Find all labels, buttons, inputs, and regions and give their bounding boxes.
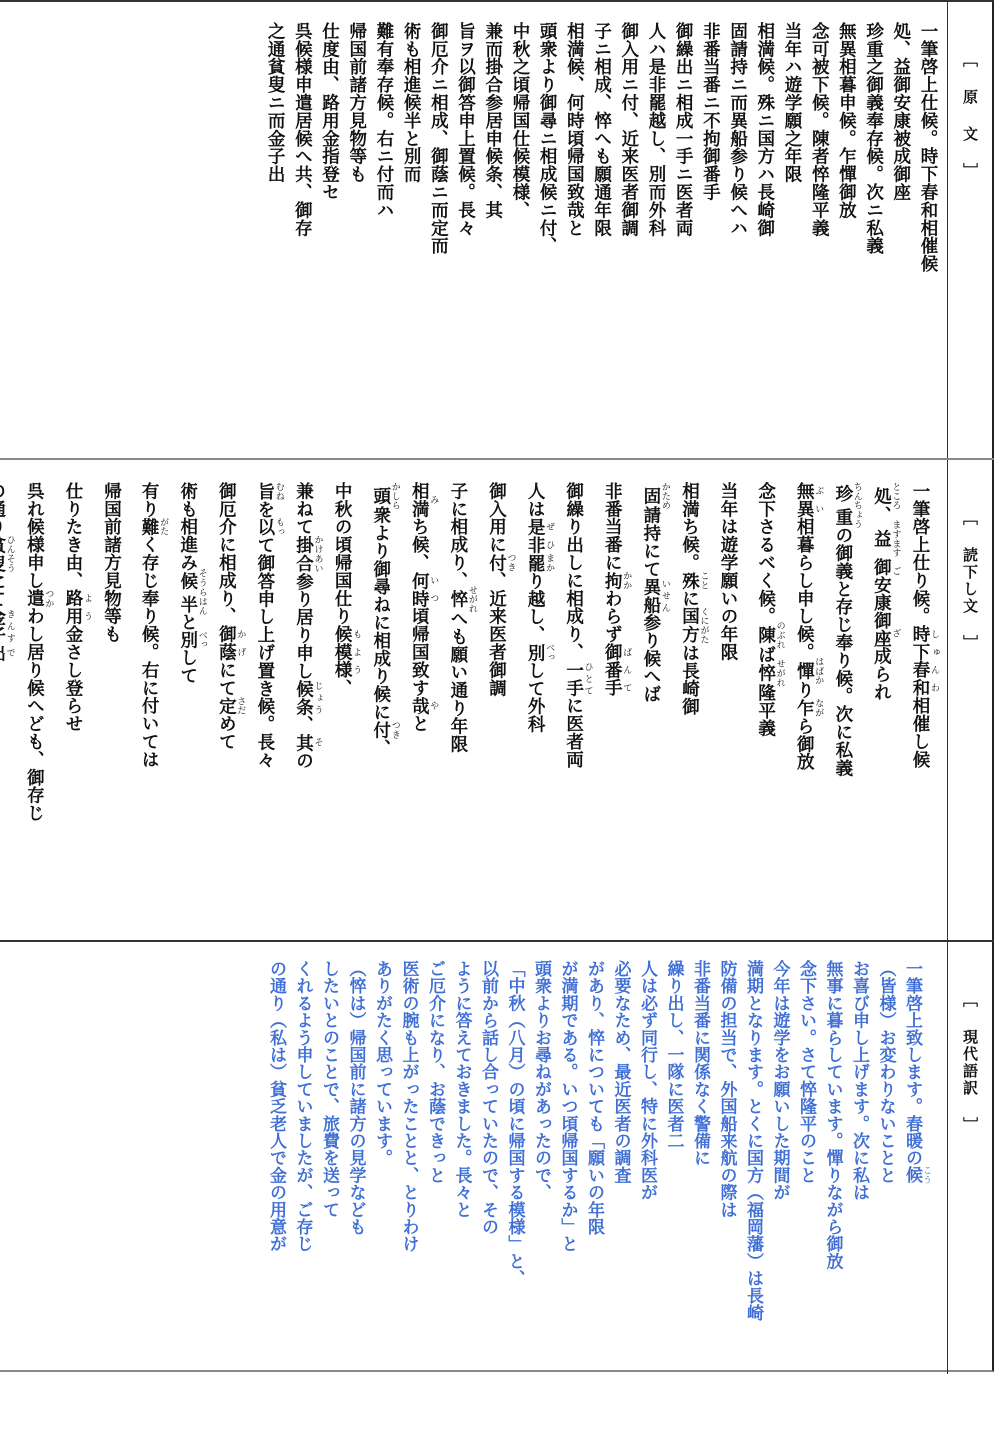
text-line: 満期となります。とくに国方（福岡藩）は長崎 (740, 960, 767, 1392)
text-line: 子に相成り、悴せがれへも願い通り年限 (438, 482, 477, 962)
text-line: 有り難がたく存じ奉り候。右に付いては (130, 482, 169, 962)
text-line: 旨ヲ以御答申上置候。長々 (451, 22, 478, 478)
text-line: 必要なため、最近医者の調査 (607, 960, 634, 1392)
text-line: 一筆啓上仕候。時下春和相催候 (914, 22, 941, 478)
text-line: 中秋の頃帰国仕り候模様もよう、 (323, 482, 362, 962)
text-line: 一筆啓上仕り候。時下春和しゅんわ相催し候 (900, 482, 939, 962)
section-header: ［ 現代語訳 ］ (961, 992, 981, 1134)
text-line: 御繰り出しに相成り、一手ひとてに医者両 (554, 482, 593, 962)
section-header-cell: ［ 読下し文 ］ (947, 460, 994, 940)
text-line: 医術の腕も上がったことと、とりわけ (395, 960, 422, 1392)
text-line: ありがたく思っています。 (369, 960, 396, 1392)
text-line: 人は必ず同行し、特に外科医が (634, 960, 661, 1392)
text-line: 処ところ、益ますます御安康御座ござ成られ (862, 482, 901, 962)
text-line: 御入用に付つき、近来医者御調 (477, 482, 516, 962)
text-line: 頭衆よりお尋ねがあったので、 (528, 960, 555, 1392)
text-line: 呉候様申遣居候へ共、御存 (288, 22, 315, 478)
text-column: 一筆啓上仕り候。時下春和しゅんわ相催し候処ところ、益ますます御安康御座ござ成られ… (0, 482, 939, 962)
section-body: 一筆啓上仕り候。時下春和しゅんわ相催し候処ところ、益ますます御安康御座ござ成られ… (0, 460, 947, 940)
text-line: 以前から話し合っていたので、その (475, 960, 502, 1392)
text-line: 今年は遊学をお願いした期間が (766, 960, 793, 1392)
section-header: ［ 原 文 ］ (961, 52, 981, 180)
text-line: 無異ぶい相暮らし申し候。憚はばかり乍ながら御放 (785, 482, 824, 962)
text-line: 術も相進候半と別而 (397, 22, 424, 478)
text-line: が満期である。いつ頃帰国するか」と (554, 960, 581, 1392)
text-line: 「中秋（八月）の頃に帰国する模様」と、 (501, 960, 528, 1392)
section-header-cell: ［ 原 文 ］ (947, 2, 994, 458)
text-line: 人は是非ぜひ罷まかり越し、別べっして外科 (515, 482, 554, 962)
text-line: 非番当番に拘かかわらず御番手ばんて (593, 482, 632, 962)
text-line: 兼而掛合参居申候条、其 (479, 22, 506, 478)
section-body: 一筆啓上仕候。時下春和相催候処、益御安康被成御座珍重之御義奉存候。次ニ私義無異相… (0, 2, 947, 458)
text-line: 念下さるべく候。陳のぶれば悴せがれ隆平義 (746, 482, 785, 962)
text-line: 相満候、何時頃帰国致哉と (560, 22, 587, 478)
section-header: ［ 読下し文 ］ (961, 510, 981, 652)
text-line: 仕度由、路用金指登セ (315, 22, 342, 478)
text-line: 術も相進み候半そうらはんと別べっして (168, 482, 207, 962)
text-line: 相満ち候。殊ことに国方くにがたは長崎御 (670, 482, 709, 962)
text-line: 当年ハ遊学願之年限 (778, 22, 805, 478)
text-line: （皆様）お変わりないことと (872, 960, 899, 1392)
text-line: 相満候。殊ニ国方ハ長崎御 (751, 22, 778, 478)
section-body: 一筆啓上致します。春暖の候こう（皆様）お変わりないこととお喜び申し上げます。次に… (0, 942, 947, 1374)
text-line: 旨むねを以もって御答申し上げ置き候。長々 (245, 482, 284, 962)
text-line: 無異相暮申候。乍憚御放 (832, 22, 859, 478)
text-line: の通り（私は）貧乏老人で金の用意が (263, 960, 290, 1392)
text-line: ご厄介になり、お蔭できっと (422, 960, 449, 1392)
text-line: 当年は遊学願いの年限 (708, 482, 746, 962)
text-line: 兼ねて掛合かけあい参り居り申し候条じょう、其その (284, 482, 323, 962)
text-line: 帰国前諸方見物等も (343, 22, 370, 478)
text-line: 頭かしら衆より御尋ねに相成り候に付つき、 (361, 482, 400, 962)
text-line: 難有奉存候。右ニ付而ハ (370, 22, 397, 478)
text-line: 非番当番ニ不拘御番手 (696, 22, 723, 478)
text-line: 御繰出ニ相成一手ニ医者両 (669, 22, 696, 478)
text-line: 一筆啓上致します。春暖の候こう (899, 960, 932, 1392)
text-line: くれるよう申していましたが、ご存じ (289, 960, 316, 1392)
section-reading: ［ 読下し文 ］ 一筆啓上仕り候。時下春和しゅんわ相催し候処ところ、益ますます御… (0, 460, 994, 942)
text-line: 御厄介ニ相成、御蔭ニ而定而 (424, 22, 451, 478)
text-line: 処、益御安康被成御座 (887, 22, 914, 478)
text-line: 繰り出し、一隊に医者二 (660, 960, 687, 1392)
text-line: ように答えておきました。長々と (448, 960, 475, 1392)
text-line: 頭衆より御尋ニ相成候ニ付、 (533, 22, 560, 478)
text-line: 帰国前諸方見物等も (92, 482, 130, 962)
text-line: 非番当番に関係なく警備に (687, 960, 714, 1392)
text-line: 御入用ニ付、近来医者御調 (615, 22, 642, 478)
section-original: ［ 原 文 ］ 一筆啓上仕候。時下春和相催候処、益御安康被成御座珍重之御義奉存候… (0, 2, 994, 460)
text-line: があり、悴についても「願いの年限 (581, 960, 608, 1392)
text-line: の通り貧叟ひんそうにて金子きんす出で (0, 482, 15, 962)
text-column: 一筆啓上仕候。時下春和相催候処、益御安康被成御座珍重之御義奉存候。次ニ私義無異相… (261, 22, 941, 478)
text-line: 珍重ちんちょうの御義と存じ奉り候。次に私義 (823, 482, 862, 962)
text-line: 仕りたき由、路用よう金さし登らせ (53, 482, 92, 962)
text-line: 念下さい。さて悴隆平のこと (793, 960, 820, 1392)
text-line: 固かため請持にて異船いせん参り候へば (631, 482, 670, 962)
text-line: 呉れ候様申し遣つかわし居り候へども、御存じ (15, 482, 54, 962)
text-line: （悴は）帰国前に諸方の見学なども (342, 960, 369, 1392)
text-column: 一筆啓上致します。春暖の候こう（皆様）お変わりないこととお喜び申し上げます。次に… (263, 960, 932, 1392)
section-modern-translation: ［ 現代語訳 ］ 一筆啓上致します。春暖の候こう（皆様）お変わりないこととお喜び… (0, 942, 994, 1374)
text-line: 御厄介に相成り、御蔭かげにて定さだめて (207, 482, 246, 962)
text-line: したいとのことで、旅費を送って (316, 960, 343, 1392)
text-line: 珍重之御義奉存候。次ニ私義 (859, 22, 886, 478)
section-header-cell: ［ 現代語訳 ］ (947, 942, 994, 1374)
text-line: 相満みち候、何時いつ頃帰国致す哉やと (400, 482, 439, 962)
text-line: 子ニ相成、悴へも願通年限 (587, 22, 614, 478)
text-line: お喜び申し上げます。次に私は (846, 960, 873, 1392)
text-line: 防備の担当で、外国船来航の際は (713, 960, 740, 1392)
text-line: 中秋之頃帰国仕候模様、 (506, 22, 533, 478)
text-line: 人ハ是非罷越し、別而外科 (642, 22, 669, 478)
letter-table: ［ 原 文 ］ 一筆啓上仕候。時下春和相催候処、益御安康被成御座珍重之御義奉存候… (0, 0, 994, 1372)
text-line: 念可被下候。陳者悴隆平義 (805, 22, 832, 478)
text-line: 之通貧叟ニ而金子出 (261, 22, 288, 478)
text-line: 固請持ニ而異船参り候へハ (723, 22, 750, 478)
text-line: 無事に暮らしています。憚りながら御放 (819, 960, 846, 1392)
